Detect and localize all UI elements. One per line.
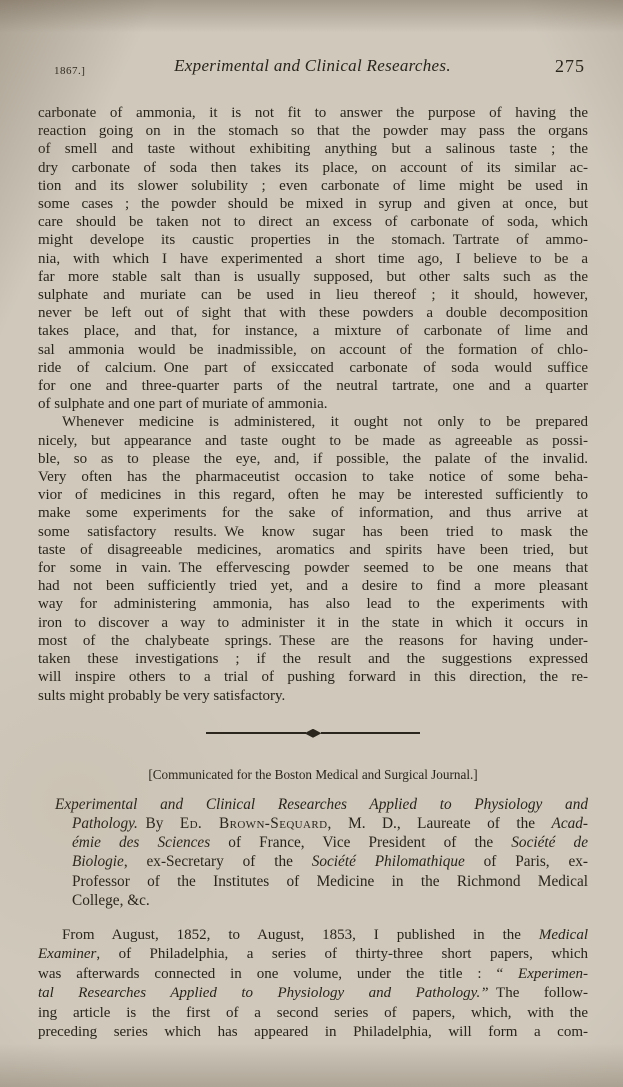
diamond-icon <box>305 729 322 738</box>
text-line: sulphate and muriate can be used in lieu… <box>38 286 588 304</box>
text-line: tal Researches Applied to Physiology and… <box>38 984 588 1003</box>
text-line: make some experiments for the sake of in… <box>38 504 588 522</box>
text-line: émie des Sciences of France, Vice Presid… <box>72 833 588 852</box>
text-line: of sulphate and one part of muriate of a… <box>38 395 588 413</box>
text-line: Biologie, ex-Secretary of the Société Ph… <box>72 852 588 871</box>
text-line: of smell and taste without exhibiting an… <box>38 140 588 158</box>
text-line: Professor of the Institutes of Medicine … <box>72 872 588 891</box>
text-line: might develope its caustic properties in… <box>38 231 588 249</box>
text-line: for some in vain. The effervescing powde… <box>38 559 588 577</box>
paragraph-from-august: From August, 1852, to August, 1853, I pu… <box>38 926 588 1042</box>
text-line: nia, with which I have experimented a sh… <box>38 250 588 268</box>
text-line: far more stable salt than is usually sup… <box>38 268 588 286</box>
text-line: some cases ; the powder should be mixed … <box>38 195 588 213</box>
article-title-block: Experimental and Clinical Researches App… <box>38 795 588 910</box>
text-line: some satisfactory results. We know sugar… <box>38 523 588 541</box>
text-line: takes place, and that, for instance, a m… <box>38 322 588 340</box>
text-line: nicely, but appearance and taste ought t… <box>38 432 588 450</box>
header-title: Experimental and Clinical Researches. <box>38 56 587 76</box>
paragraph-carbonate: carbonate of ammonia, it is not fit to a… <box>38 104 588 413</box>
running-head: 1867.] Experimental and Clinical Researc… <box>38 56 587 86</box>
text-line: taste of disagreeable medicines, aromati… <box>38 541 588 559</box>
text-line: Whenever medicine is administered, it ou… <box>38 413 588 431</box>
text-line: most of the chalybeate springs. These ar… <box>38 632 588 650</box>
text-line: carbonate of ammonia, it is not fit to a… <box>38 104 588 122</box>
text-line: will inspire others to a trial of pushin… <box>38 668 588 686</box>
text-line: From August, 1852, to August, 1853, I pu… <box>38 926 588 945</box>
text-line: Examiner, of Philadelphia, a series of t… <box>38 945 588 964</box>
scanned-journal-page: { "colors": { "paper": "#cfc8bb", "ink":… <box>0 0 623 1087</box>
text-line: College, &c. <box>72 891 588 910</box>
paragraph-whenever: Whenever medicine is administered, it ou… <box>38 413 588 704</box>
text-line: ing article is the first of a second ser… <box>38 1004 588 1023</box>
text-line: [Communicated for the Boston Medical and… <box>38 766 588 783</box>
text-line: care should be taken not to direct an ex… <box>38 213 588 231</box>
text-line: ble, so as to please the eye, and, if po… <box>38 450 588 468</box>
text-line: tion and its slower solubility ; even ca… <box>38 177 588 195</box>
header-page-number: 275 <box>555 56 585 77</box>
text-line: taken these investigations ; if the resu… <box>38 650 588 668</box>
text-line: iron to discover a way to administer it … <box>38 614 588 632</box>
text-line: Experimental and Clinical Researches App… <box>55 795 588 814</box>
section-divider <box>206 729 420 738</box>
text-line: way for administering ammonia, has also … <box>38 595 588 613</box>
text-line: sults might probably be very satisfactor… <box>38 687 588 705</box>
text-line: Pathology. By Ed. Brown-Sequard, M. D., … <box>72 814 588 833</box>
article-body: carbonate of ammonia, it is not fit to a… <box>38 104 588 1042</box>
communicated-note: [Communicated for the Boston Medical and… <box>38 766 588 783</box>
text-line: never be left out of sight that with the… <box>38 304 588 322</box>
text-line: dry carbonate of soda then takes its pla… <box>38 159 588 177</box>
text-line: ride of calcium. One part of exsiccated … <box>38 359 588 377</box>
text-line: preceding series which has appeared in P… <box>38 1023 588 1042</box>
text-line: for one and three-quarter parts of the n… <box>38 377 588 395</box>
text-line: Very often has the pharmaceutist occasio… <box>38 468 588 486</box>
text-line: vior of medicines in this regard, often … <box>38 486 588 504</box>
text-line: had not been sufficiently tried yet, and… <box>38 577 588 595</box>
text-line: was afterwards connected in one volume, … <box>38 965 588 984</box>
text-line: reaction going on in the stomach so that… <box>38 122 588 140</box>
text-line: sal ammonia would be inadmissible, on ac… <box>38 341 588 359</box>
